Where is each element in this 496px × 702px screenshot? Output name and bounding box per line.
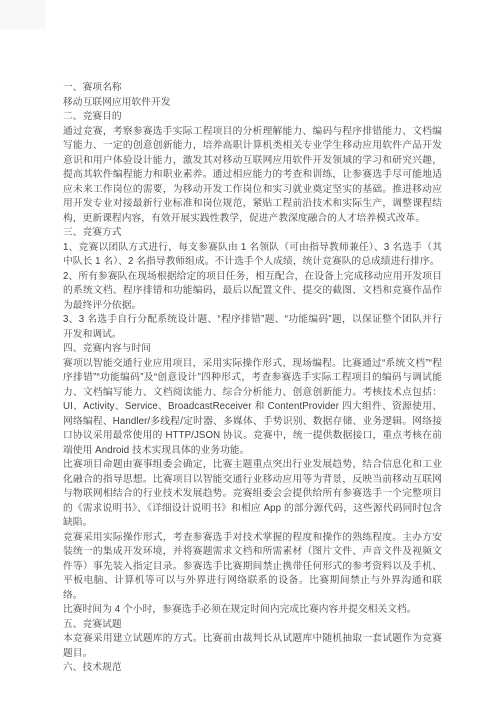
paragraph: 本竞赛采用建立试题库的方式。比赛前由裁判长从试题库中随机抽取一套试题作为竞赛题目… bbox=[63, 632, 442, 661]
paragraph: 移动互联网应用软件开发 bbox=[63, 96, 442, 111]
corner-shade bbox=[0, 0, 46, 29]
document-page: 一、赛项名称 移动互联网应用软件开发 二、竞赛目的 通过竞赛，考察参赛选手实际工… bbox=[0, 0, 496, 702]
paragraph: 3、3 名选手自行分配系统设计题、“程序排错”题、“功能编码”题，以保证整个团队… bbox=[63, 313, 442, 342]
paragraph: 比赛时间为 4 个小时，参赛选手必须在规定时间内完成比赛内容并提交相关文档。 bbox=[63, 603, 442, 618]
paragraph: 比赛项目命题由赛事组委会确定，比赛主题重点突出行业发展趋势，结合信息化和工业化融… bbox=[63, 458, 442, 531]
section-heading: 五、竞赛试题 bbox=[63, 618, 442, 633]
section-heading: 六、技术规范 bbox=[63, 661, 442, 676]
section-heading: 二、竞赛目的 bbox=[63, 110, 442, 125]
section-heading: 一、赛项名称 bbox=[63, 81, 442, 96]
paragraph: 2、所有参赛队在现场根据给定的项目任务，相互配合，在设备上完成移动应用开发项目的… bbox=[63, 270, 442, 314]
paragraph: 竞赛采用实际操作形式，考查参赛选手对技术掌握的程度和操作的熟练程度。主办方安装统… bbox=[63, 531, 442, 604]
document-body: 一、赛项名称 移动互联网应用软件开发 二、竞赛目的 通过竞赛，考察参赛选手实际工… bbox=[63, 81, 442, 676]
section-heading: 四、竞赛内容与时间 bbox=[63, 342, 442, 357]
paragraph: 1、竞赛以团队方式进行，每支参赛队由 1 名领队（可由指导教师兼任）、3 名选手… bbox=[63, 241, 442, 270]
section-heading: 三、竞赛方式 bbox=[63, 226, 442, 241]
paragraph: 通过竞赛，考察参赛选手实际工程项目的分析理解能力、编码与程序排错能力、文档编写能… bbox=[63, 125, 442, 227]
paragraph: 赛项以智能交通行业应用项目，采用实际操作形式、现场编程。比赛通过“系统文档”“程… bbox=[63, 357, 442, 459]
